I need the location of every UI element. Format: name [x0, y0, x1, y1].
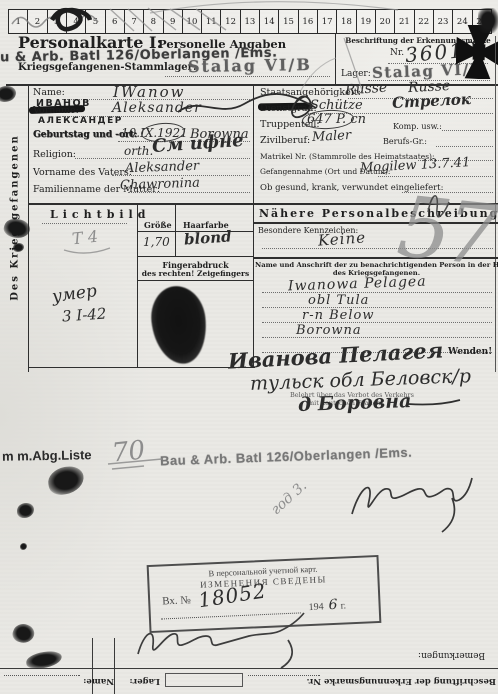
bemerkungen-label-flipped: Bemerkungen:: [418, 650, 485, 660]
tag-nr-label: Nr.: [390, 48, 404, 58]
ruler-number: 11: [202, 10, 221, 33]
field-father-label: Vorname des Vaters:: [33, 167, 132, 178]
ruler-number: 1: [9, 10, 28, 33]
stammlager-stamp: Stalag VI/B: [188, 55, 312, 76]
abgang-list-number: 70: [111, 435, 147, 468]
ruler-number: 20: [376, 10, 395, 33]
notify-line-2: obl Tula: [308, 293, 369, 308]
ruler-number: 9: [164, 10, 183, 33]
death-note-line1: умер: [51, 281, 98, 307]
photo-box-label: Lichtbild: [50, 208, 150, 221]
ruler-number: 15: [279, 10, 298, 33]
ruler-number: 13: [241, 10, 260, 33]
strip-beschriftung-label: Beschriftung der Erkennungsmarke Nr.: [307, 676, 496, 686]
ruler-number: 22: [415, 10, 434, 33]
haircolor-value: blond: [183, 227, 232, 248]
paper-damage: [20, 543, 27, 550]
ruler-number: 3: [48, 10, 67, 33]
ruler-number: 10: [183, 10, 202, 33]
ruler-number: 5: [86, 10, 105, 33]
strip-name-label: Name:: [83, 676, 114, 686]
death-note-line2: 3 I-42: [61, 304, 107, 325]
field-vorname-value: Aleksander: [112, 100, 202, 116]
field-religion-value: orth.: [124, 144, 153, 158]
side-owner-text: Des Kriegsgefangenen: [10, 103, 21, 333]
photo-pencil-note: Т 4: [71, 227, 99, 249]
field-komp-label: Komp. usw.:: [393, 122, 442, 131]
soviet-stamp-vx-label: Вх. №: [162, 594, 191, 607]
soviet-stamp-year-suffix: г.: [340, 600, 346, 611]
field-rank-cyrillic: Стрелок: [392, 90, 472, 112]
paper-damage: [46, 464, 86, 497]
stammlager-label: Kriegsgefangenen-Stammlager:: [18, 62, 197, 73]
ruler-number: 6: [106, 10, 125, 33]
strip-blank-box: [165, 673, 243, 687]
soviet-stamp-year-prefix: 194: [308, 601, 323, 613]
kennzeichen-value: Keine: [317, 228, 366, 249]
ruler-number: 4: [67, 10, 86, 33]
bottom-strip-flipped: Beschriftung der Erkennungsmarke Nr. Lag…: [0, 672, 498, 688]
notify-line-4: Borowna: [296, 323, 362, 338]
field-vorname-cyrillic: АЛЕКСАНДЕР: [38, 116, 123, 126]
dark-mark: [478, 8, 498, 33]
ruler-number: 7: [125, 10, 144, 33]
ruler-number: 19: [357, 10, 376, 33]
wenden-note: Wenden!: [448, 347, 492, 357]
field-vorname-label: Vorname:: [33, 105, 79, 116]
ruler-number: 17: [318, 10, 337, 33]
tag-lager-label: Lager:: [341, 69, 371, 79]
fingerprint-label-line2: des rechten! Zeigefingers: [137, 269, 254, 278]
paper-damage: [10, 621, 36, 646]
height-label: Größe: [144, 220, 172, 230]
height-value: 1,70: [143, 235, 170, 249]
cross-stamp-icon: [456, 25, 498, 79]
pencil-note: год 3.: [268, 478, 310, 518]
field-name-label: Name:: [33, 87, 65, 98]
paper-damage: [17, 503, 34, 518]
paper-damage: [0, 86, 16, 102]
ruler-number: 16: [299, 10, 318, 33]
pow-personal-card-scan: 1234567891011121314151617181920212223242…: [0, 0, 498, 694]
paper-damage: [13, 243, 24, 252]
notify-line-3: r-n Below: [302, 308, 374, 323]
cyrillic-village-line: д Боровна: [298, 390, 412, 416]
fingerprint: [148, 283, 210, 366]
field-mother-value: Chawronina: [120, 176, 200, 194]
strip-lager-label: Lager:: [130, 676, 160, 686]
soviet-stamp-box: В персональной учетной карт. ИЗМЕНЕНИЯ С…: [147, 555, 382, 633]
soviet-stamp-year-digit: 6: [328, 597, 338, 613]
field-father-value: Aleksander: [125, 159, 200, 177]
field-occupation-label: Zivilberuf:: [260, 135, 310, 146]
ruler-strip: 1234567891011121314151617181920212223242…: [8, 9, 492, 34]
ruler-number: 8: [144, 10, 163, 33]
field-nationality-value: Russe: [344, 80, 387, 99]
header-divider: [335, 34, 336, 85]
ruler-number: 18: [337, 10, 356, 33]
ruler-number: 2: [28, 10, 47, 33]
ruler-number: 12: [221, 10, 240, 33]
ruler-number: 23: [434, 10, 453, 33]
big-pencil-number: 57: [393, 177, 498, 284]
ruler-number: 21: [395, 10, 414, 33]
field-berufsgr-label: Berufs-Gr.:: [383, 137, 427, 146]
abgang-prefix: m m.Abg.Liste: [2, 447, 92, 464]
field-religion-label: Religion:: [33, 149, 76, 160]
abgang-unit-stamp: Bau & Arb. Batl 126/Oberlangen /Ems.: [160, 445, 413, 469]
ruler-number: 14: [260, 10, 279, 33]
field-occupation-value: Maler: [312, 128, 352, 145]
